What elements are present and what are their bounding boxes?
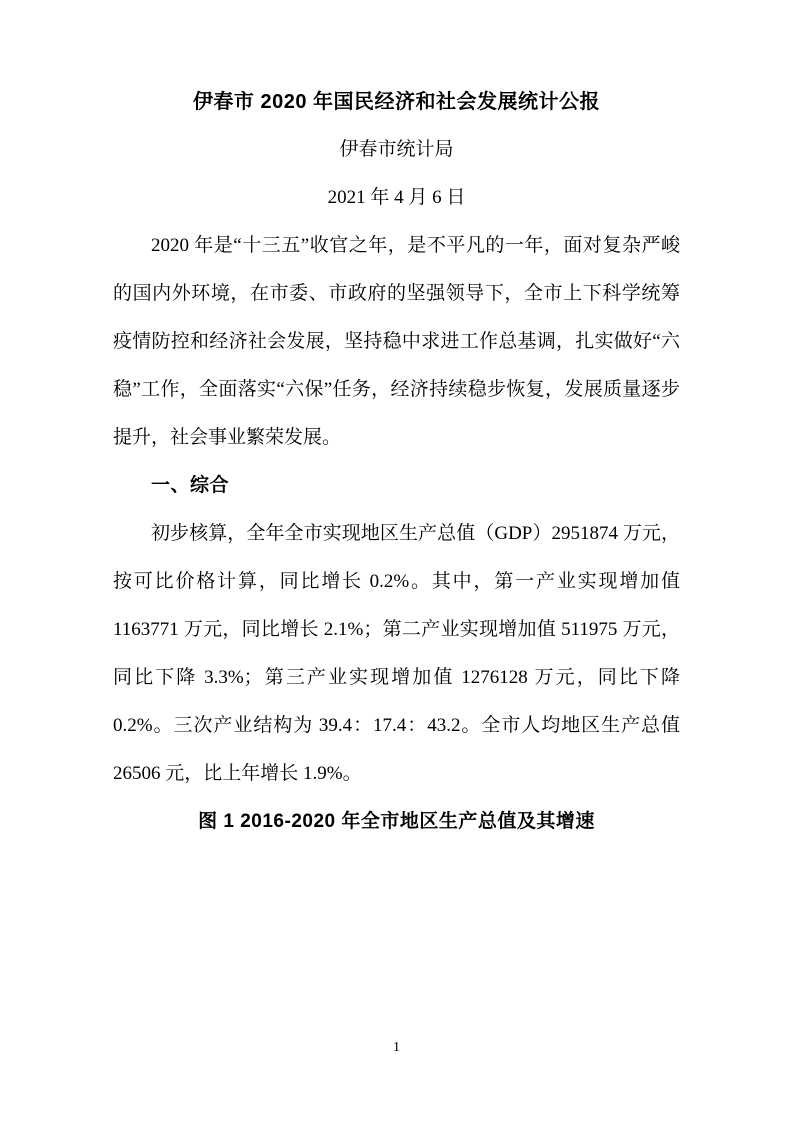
page-number: 1 bbox=[0, 1040, 793, 1056]
figure-1-caption: 图 1 2016-2020 年全市地区生产总值及其增速 bbox=[113, 798, 680, 846]
paragraph-gdp-summary: 初步核算，全年全市实现地区生产总值（GDP）2951874 万元，按可比价格计算… bbox=[113, 510, 680, 798]
section-heading-overview: 一、综合 bbox=[113, 462, 680, 510]
document-content: 伊春市 2020 年国民经济和社会发展统计公报 伊春市统计局 2021 年 4 … bbox=[0, 0, 793, 846]
publisher-organization: 伊春市统计局 bbox=[113, 126, 680, 174]
paragraph-intro: 2020 年是“十三五”收官之年，是不平凡的一年，面对复杂严峻的国内外环境，在市… bbox=[113, 222, 680, 462]
document-title: 伊春市 2020 年国民经济和社会发展统计公报 bbox=[113, 78, 680, 126]
publish-date: 2021 年 4 月 6 日 bbox=[113, 174, 680, 222]
document-page: 伊春市 2020 年国民经济和社会发展统计公报 伊春市统计局 2021 年 4 … bbox=[0, 0, 793, 1122]
